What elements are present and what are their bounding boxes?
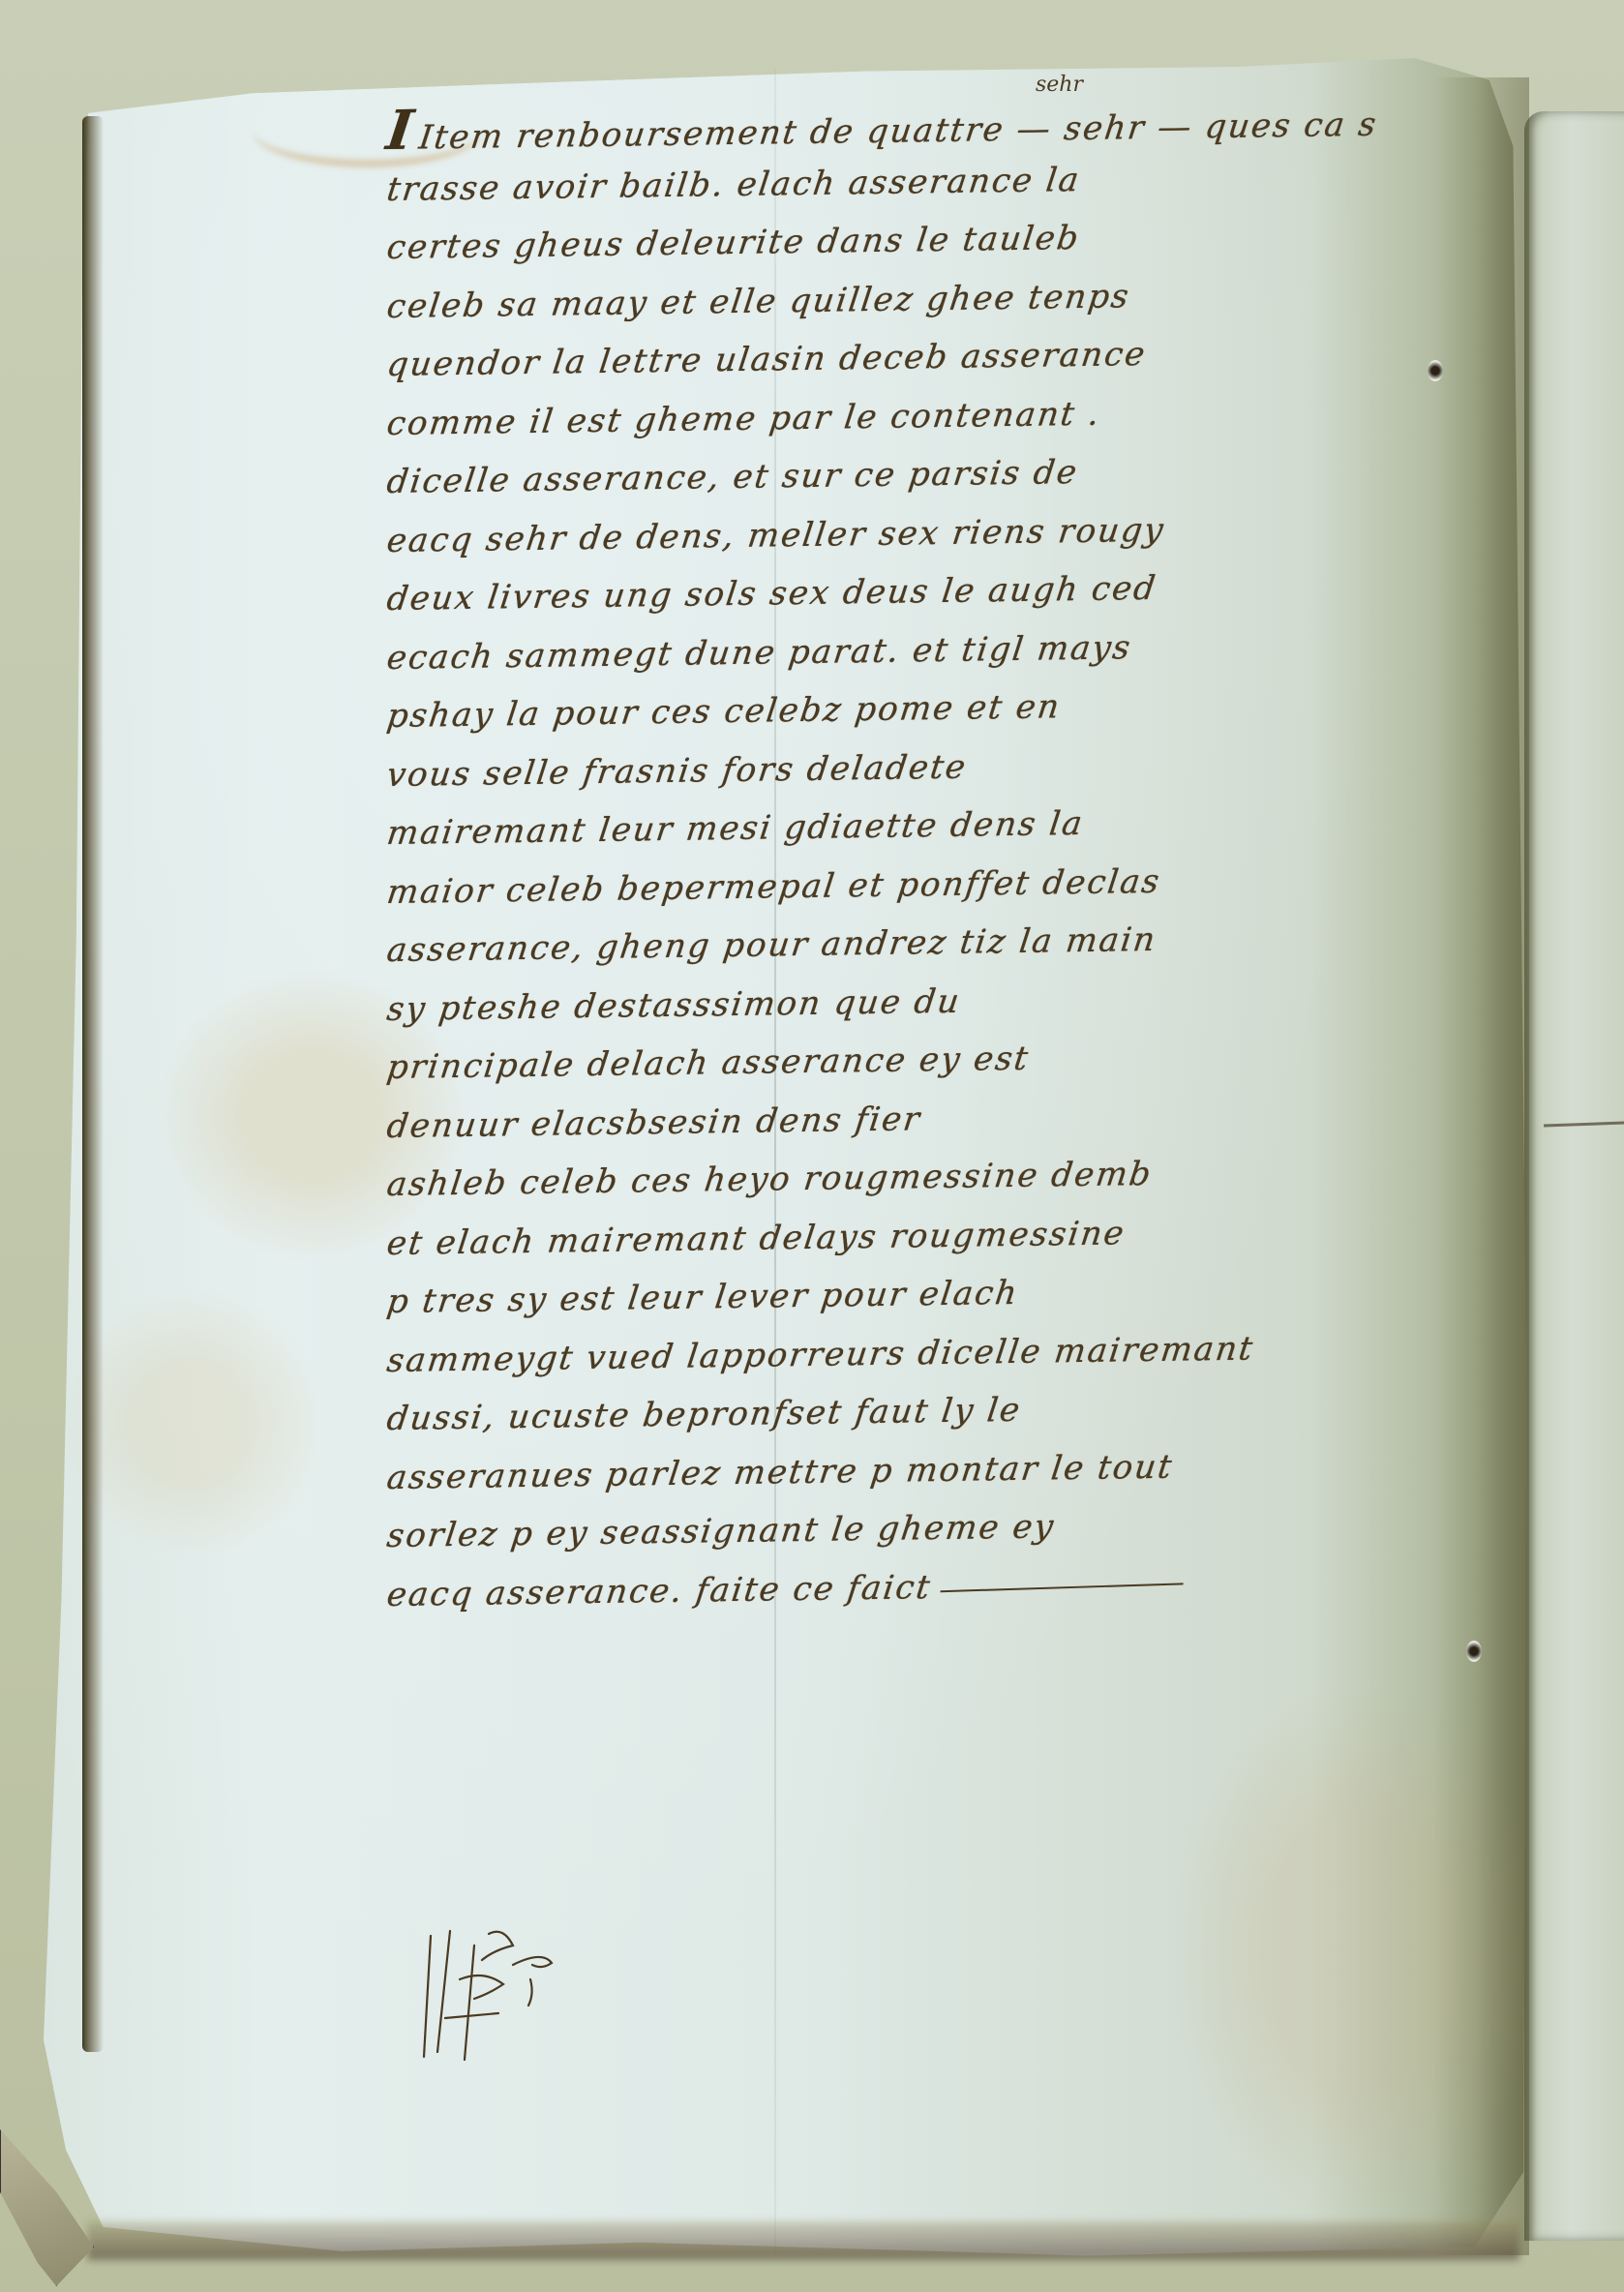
wormhole-icon bbox=[1466, 1641, 1482, 1662]
page-left-edge-shadow bbox=[82, 116, 104, 2052]
decorated-initial: I bbox=[383, 99, 419, 163]
facing-page-right bbox=[1524, 111, 1624, 2241]
line-filler-stroke bbox=[941, 1583, 1184, 1592]
page-bottom-edge bbox=[87, 2221, 1519, 2260]
manuscript-text: sehr IItem renboursement de quattre — se… bbox=[387, 102, 1529, 1624]
signature-paraph-icon bbox=[406, 1926, 571, 2062]
